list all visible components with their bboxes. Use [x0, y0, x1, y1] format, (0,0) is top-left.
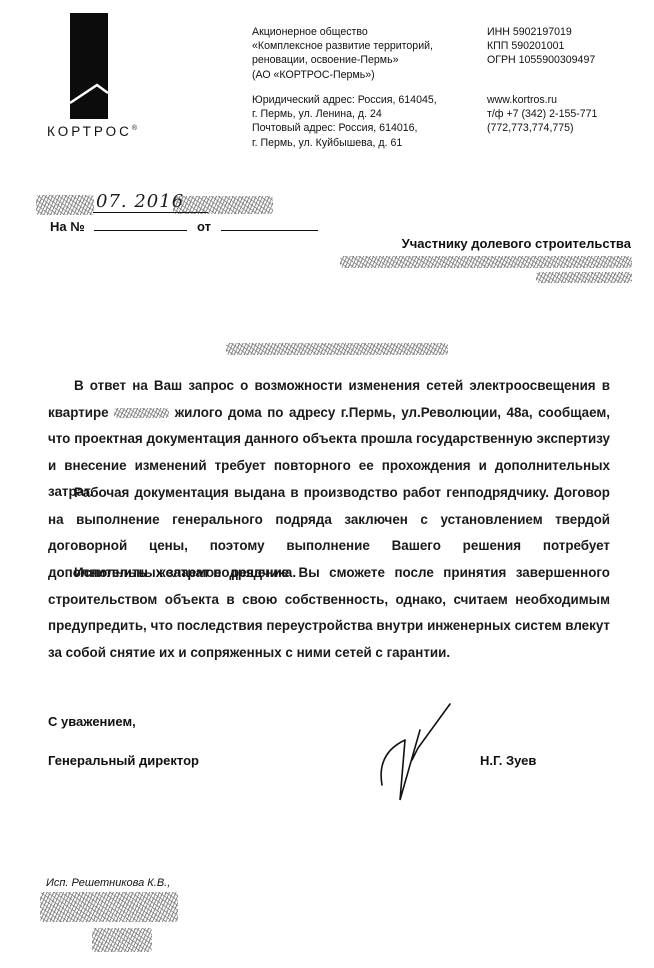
from-label: от — [197, 219, 211, 234]
registered-mark: ® — [132, 125, 137, 132]
company-line: реновации, освоение-Пермь» — [252, 53, 433, 67]
company-logo — [70, 13, 108, 119]
signature — [360, 700, 460, 815]
paragraph-3: Исполнить желаемое решение Вы сможете по… — [48, 560, 610, 666]
signer-name: Н.Г. Зуев — [480, 753, 536, 768]
from-date-field — [221, 220, 318, 231]
logo-wordmark: КОРТРОС® — [47, 124, 137, 139]
signer-position: Генеральный директор — [48, 753, 199, 768]
paragraph-3-text: Исполнить желаемое решение Вы сможете по… — [48, 560, 610, 666]
website: www.kortros.ru — [487, 93, 597, 107]
redacted-executor-phone — [92, 928, 152, 952]
phone-fax: т/ф +7 (342) 2-155-771 — [487, 107, 597, 121]
redacted-recipient-name — [340, 256, 632, 268]
company-line: Акционерное общество — [252, 25, 433, 39]
inn: ИНН 5902197019 — [487, 25, 595, 39]
address-block: Юридический адрес: Россия, 614045, г. Пе… — [252, 93, 437, 150]
ogrn: ОГРН 1055900309497 — [487, 53, 595, 67]
company-line: (АО «КОРТРОС-Пермь») — [252, 68, 433, 82]
brand-name: КОРТРОС — [47, 124, 132, 139]
redacted-executor-phone — [40, 892, 178, 922]
legal-address-line: Юридический адрес: Россия, 614045, — [252, 93, 437, 107]
reference-row: На № от — [50, 219, 318, 234]
number-label: На № — [50, 219, 85, 234]
redacted-reference-number — [173, 196, 273, 214]
redacted-recipient-name — [536, 272, 632, 283]
postal-address-line: Почтовый адрес: Россия, 614016, — [252, 121, 437, 135]
number-field — [94, 220, 187, 231]
handwritten-date: 07. 2016 — [96, 191, 184, 212]
regards: С уважением, — [48, 714, 136, 729]
contacts-block: www.kortros.ru т/ф +7 (342) 2-155-771 (7… — [487, 93, 597, 136]
registration-ids-block: ИНН 5902197019 КПП 590201001 ОГРН 105590… — [487, 25, 595, 68]
legal-address-line: г. Пермь, ул. Ленина, д. 24 — [252, 107, 437, 121]
company-line: «Комплексное развитие территорий, — [252, 39, 433, 53]
recipient-title: Участнику долевого строительства — [402, 236, 631, 251]
postal-address-line: г. Пермь, ул. Куйбышева, д. 61 — [252, 136, 437, 150]
redacted-apartment-number — [114, 408, 169, 418]
kpp: КПП 590201001 — [487, 39, 595, 53]
roof-chevron-icon — [70, 13, 108, 119]
phone-extensions: (772,773,774,775) — [487, 121, 597, 135]
redacted-subject — [226, 343, 448, 355]
company-name-block: Акционерное общество «Комплексное развит… — [252, 25, 433, 82]
signature-icon — [360, 700, 460, 810]
redacted-date-day — [36, 195, 94, 215]
executor-name: Исп. Решетникова К.В., — [46, 877, 170, 889]
